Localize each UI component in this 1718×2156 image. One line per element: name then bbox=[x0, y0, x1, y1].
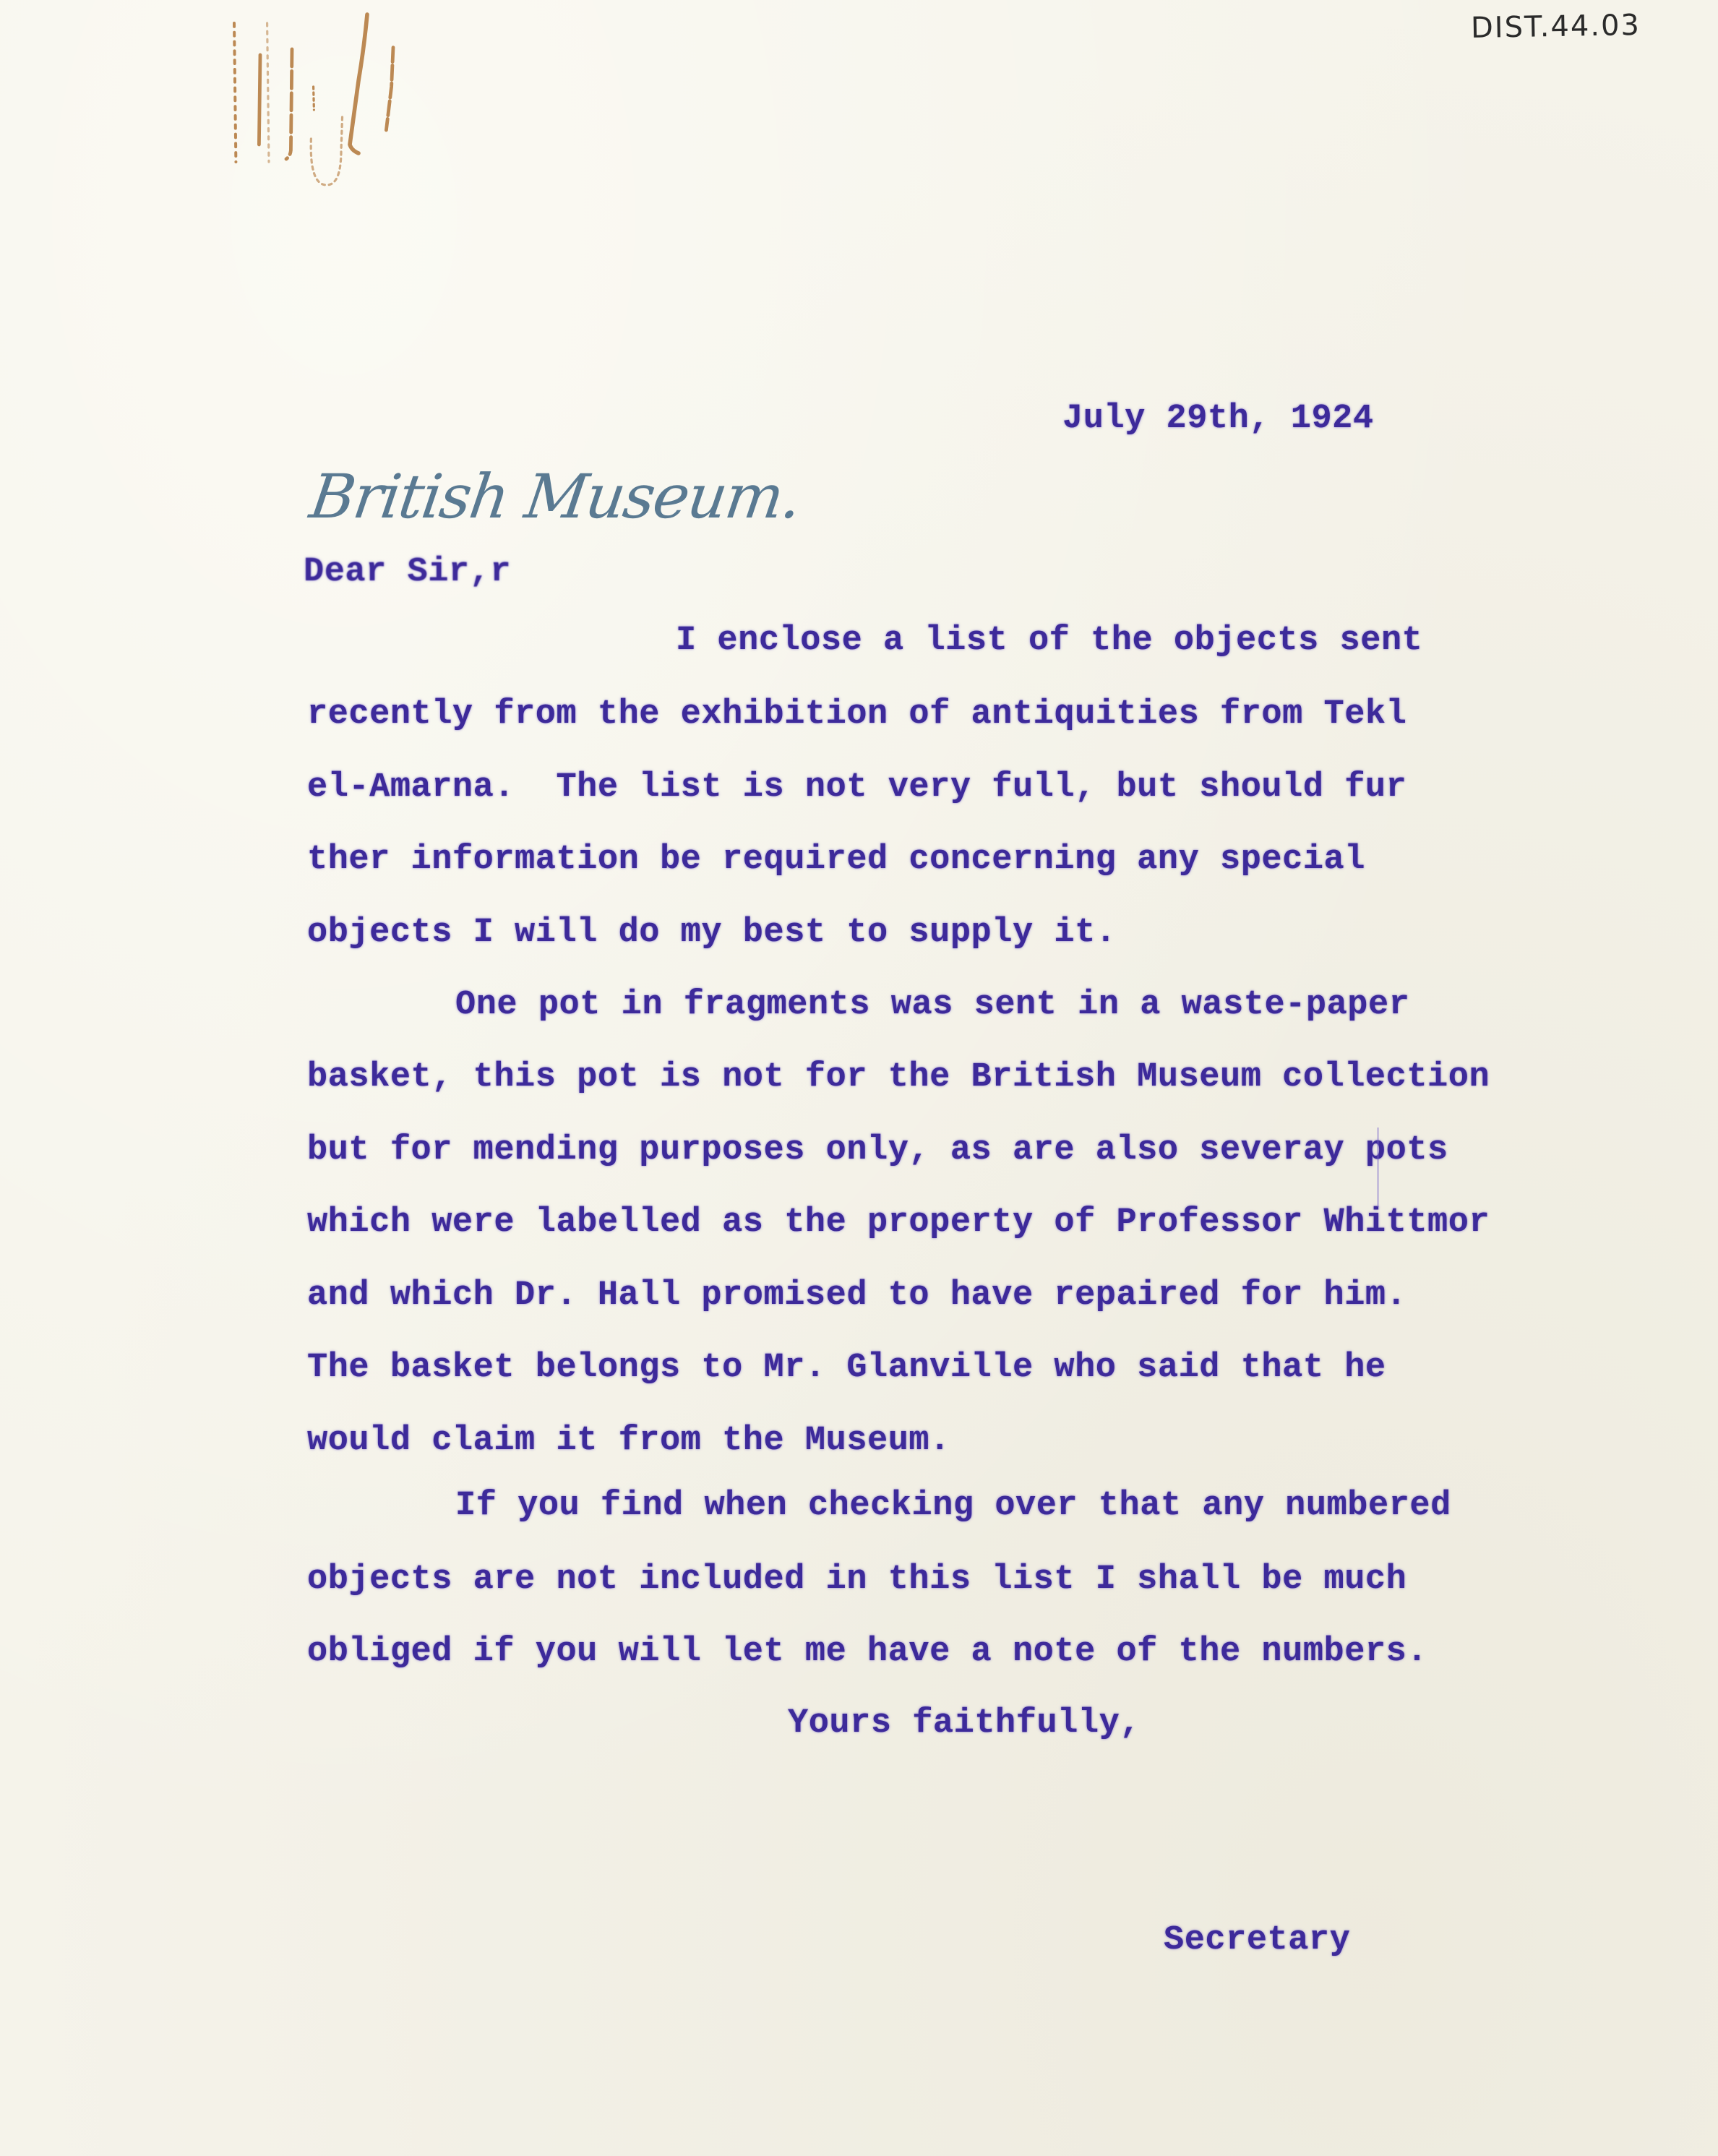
paragraph-3-line-3: obliged if you will let me have a note o… bbox=[307, 1633, 1427, 1671]
archive-reference: DIST.44.03 bbox=[1471, 9, 1641, 45]
paragraph-2-line-2: basket, this pot is not for the British … bbox=[307, 1058, 1490, 1096]
letter-date: July 29th, 1924 bbox=[1062, 400, 1374, 438]
salutation: Dear Sir,r bbox=[304, 553, 511, 591]
handwritten-addressee: British Museum. bbox=[306, 461, 804, 532]
paragraph-1-line-2: recently from the exhibition of antiquit… bbox=[307, 695, 1406, 734]
paragraph-3-line-1: If you find when checking over that any … bbox=[455, 1487, 1451, 1525]
closing: Yours faithfully, bbox=[788, 1704, 1141, 1743]
ink-mark bbox=[1377, 1128, 1379, 1207]
paragraph-1-line-5: objects I will do my best to supply it. bbox=[307, 914, 1116, 952]
signature-title: Secretary bbox=[1164, 1921, 1350, 1959]
paragraph-2-line-5: and which Dr. Hall promised to have repa… bbox=[307, 1276, 1406, 1315]
paragraph-2-line-4: which were labelled as the property of P… bbox=[307, 1203, 1490, 1242]
paragraph-2-line-1: One pot in fragments was sent in a waste… bbox=[455, 986, 1409, 1024]
paragraph-1-line-3: el-Amarna. The list is not very full, bu… bbox=[307, 768, 1406, 807]
paragraph-2-line-7: would claim it from the Museum. bbox=[307, 1422, 950, 1460]
letter-page: DIST.44.03 July 29th, 1924 British Museu… bbox=[0, 0, 1718, 2156]
paragraph-2-line-6: The basket belongs to Mr. Glanville who … bbox=[307, 1349, 1386, 1387]
paragraph-1-line-4: ther information be required concerning … bbox=[307, 841, 1365, 879]
rust-stain-marks-icon bbox=[202, 0, 434, 231]
paragraph-3-line-2: objects are not included in this list I … bbox=[307, 1560, 1406, 1599]
paragraph-2-line-3: but for mending purposes only, as are al… bbox=[307, 1131, 1448, 1169]
paragraph-1-line-1: I enclose a list of the objects sent bbox=[676, 622, 1422, 660]
